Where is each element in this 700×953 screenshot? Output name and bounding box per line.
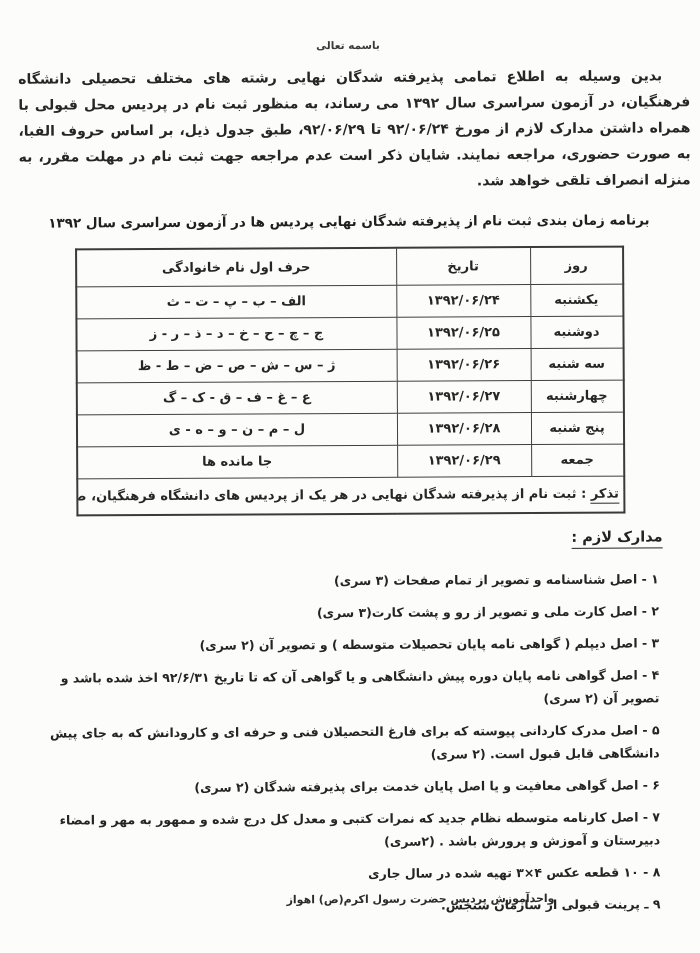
date-cell: ۱۳۹۲/۰۶/۲۸ — [397, 413, 531, 446]
header-date: تاریخ — [396, 247, 530, 285]
day-cell: یکشنبه — [530, 284, 623, 316]
day-cell: پنج شنبه — [531, 412, 624, 444]
required-documents-heading-text: مدارک لازم : — [571, 529, 662, 548]
letters-cell: جا مانده ها — [77, 445, 398, 479]
table-header-row: روز تاریخ حرف اول نام خانوادگی — [76, 247, 623, 287]
schedule-title: برنامه زمان بندی ثبت نام از پذیرفته شدگا… — [45, 212, 653, 231]
list-item: ۶ - اصل گواهی معافیت و یا اصل پایان خدمت… — [36, 773, 660, 799]
list-item: ۷ - اصل کارنامه متوسطه نظام جدید که نمرا… — [36, 805, 660, 854]
table-note-row: تذکر : ثبت نام از پذیرفته شدگان نهایی در… — [77, 476, 624, 515]
list-item: ۴ - اصل گواهی نامه پایان دوره پیش دانشگا… — [35, 663, 659, 712]
list-item: ۵ - اصل مدرک کاردانی پیوسته که برای فارغ… — [36, 718, 660, 767]
page-content: باسمه تعالی بدین وسیله به اطلاع تمامی پذ… — [0, 0, 700, 953]
registration-schedule-table: روز تاریخ حرف اول نام خانوادگی یکشنبه ۱۳… — [75, 246, 625, 517]
letters-cell: الف – ب – پ – ت – ث — [76, 285, 397, 319]
table-row: جمعه ۱۳۹۲/۰۶/۲۹ جا مانده ها — [77, 444, 624, 479]
table-note: تذکر : ثبت نام از پذیرفته شدگان نهایی در… — [77, 476, 624, 515]
table-row: سه شنبه ۱۳۹۲/۰۶/۲۶ ژ – س – ش – ص – ض – ط… — [76, 348, 623, 383]
day-cell: جمعه — [531, 444, 624, 476]
day-cell: دوشنبه — [530, 316, 623, 348]
bismillah-header: باسمه تعالی — [0, 0, 698, 54]
date-cell: ۱۳۹۲/۰۶/۲۴ — [396, 285, 530, 318]
note-label: تذکر — [591, 487, 619, 504]
list-item: ۱ - اصل شناسنامه و تصویر از تمام صفحات (… — [35, 567, 659, 593]
header-letters: حرف اول نام خانوادگی — [76, 248, 397, 287]
letters-cell: ع – غ – ف – ق - ک – گ — [76, 381, 397, 415]
date-cell: ۱۳۹۲/۰۶/۲۹ — [397, 445, 531, 478]
note-text: : ثبت نام از پذیرفته شدگان نهایی در هر ی… — [77, 487, 591, 506]
day-cell: چهارشنبه — [531, 380, 624, 412]
list-item: ۲ - اصل کارت ملی و تصویر از رو و پشت کار… — [35, 599, 659, 625]
table-row: دوشنبه ۱۳۹۲/۰۶/۲۵ ج – چ – ح – خ – د – ذ … — [76, 316, 623, 351]
document-page: باسمه تعالی بدین وسیله به اطلاع تمامی پذ… — [0, 0, 700, 953]
date-cell: ۱۳۹۲/۰۶/۲۶ — [397, 349, 531, 382]
table-header: روز تاریخ حرف اول نام خانوادگی — [76, 247, 623, 287]
letters-cell: ژ – س – ش – ص – ض – ط - ظ — [76, 349, 397, 383]
header-day: روز — [530, 247, 623, 285]
list-item: ۳ - اصل دیپلم ( گواهی نامه پایان تحصیلات… — [35, 631, 659, 657]
required-documents-heading: مدارک لازم : — [1, 529, 663, 548]
letters-cell: ل – م – ن – و – ه - ی — [76, 413, 397, 447]
required-documents-list: ۱ - اصل شناسنامه و تصویر از تمام صفحات (… — [35, 567, 661, 918]
list-item: ۸ - ۱۰ قطعه عکس ۴×۳ تهیه شده در سال جاری — [36, 860, 660, 886]
day-cell: سه شنبه — [531, 348, 624, 380]
table-row: چهارشنبه ۱۳۹۲/۰۶/۲۷ ع – غ – ف – ق - ک – … — [76, 380, 623, 415]
date-cell: ۱۳۹۲/۰۶/۲۵ — [396, 317, 530, 350]
letters-cell: ج – چ – ح – خ – د – ذ – ر - ز — [76, 317, 397, 351]
table-row: یکشنبه ۱۳۹۲/۰۶/۲۴ الف – ب – پ – ت – ث — [76, 284, 623, 319]
intro-paragraph: بدین وسیله به اطلاع تمامی پذیرفته شدگان … — [18, 63, 691, 197]
date-cell: ۱۳۹۲/۰۶/۲۷ — [397, 381, 531, 414]
table-row: پنج شنبه ۱۳۹۲/۰۶/۲۸ ل – م – ن – و – ه - … — [76, 412, 623, 447]
